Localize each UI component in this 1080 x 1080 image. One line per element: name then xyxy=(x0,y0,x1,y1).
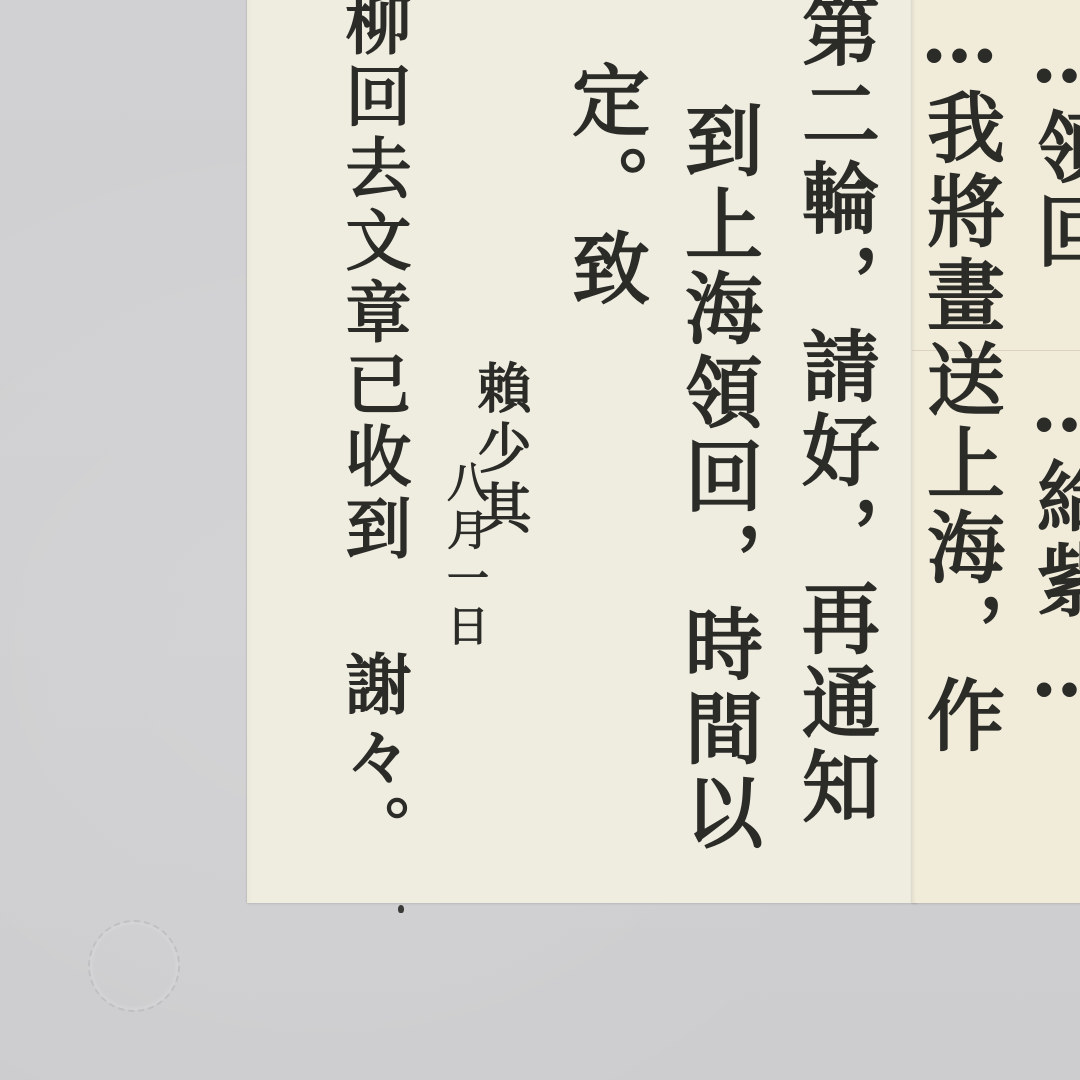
letter-sheet-right: …我將畫送上海，作 …領回，…給紫… xyxy=(912,0,1080,903)
closing-column: 定。致 xyxy=(565,60,643,312)
embossed-seal-mark xyxy=(88,920,180,1012)
ink-speck xyxy=(398,905,404,913)
body-column-1: …我將畫送上海，作 xyxy=(920,0,998,759)
signature-date: 八月一日 xyxy=(444,460,486,652)
letter-sheet-left: 柳回去文章已收到 謝々。 賴少其 八月一日 定。致 到上海領回，時間以 第二輪，… xyxy=(247,0,917,903)
postscript-column: 柳回去文章已收到 謝々。 xyxy=(340,0,406,866)
body-column-2: 第二輪，請好，再通知 xyxy=(795,0,873,830)
body-column-edge: …領回，…給紫… xyxy=(1030,10,1080,721)
body-column-3: 到上海領回，時間以 xyxy=(678,100,756,856)
